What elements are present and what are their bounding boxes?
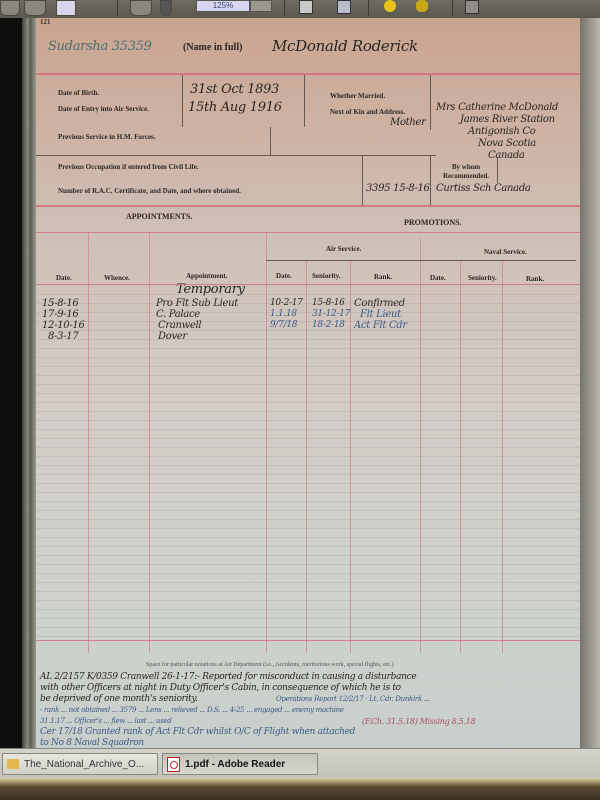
promotion-seniority: 18-2-18: [312, 320, 345, 330]
nav-forward-icon[interactable]: [24, 0, 46, 16]
document-page: 121 Sudarsha 35359 (Name in full) McDona…: [36, 18, 580, 748]
divider: [36, 155, 436, 156]
zoom-out-icon[interactable]: [130, 0, 152, 16]
appointment-date: 15-8-16: [42, 298, 78, 309]
promotions-title: PROMOTIONS.: [404, 218, 462, 227]
promotion-seniority: 15-8-16: [312, 298, 345, 308]
previous-service-label: Previous Service in H.M. Forces.: [58, 133, 156, 141]
rule: [36, 205, 580, 207]
next-of-kin-relation: Mother: [390, 117, 426, 128]
col-header-appointment: Appointment.: [186, 272, 227, 280]
rule: [36, 73, 580, 75]
naval-col-rank: Rank.: [526, 275, 544, 283]
nok-address-line: Mrs Catherine McDonald: [436, 102, 558, 113]
monitor-bezel: [0, 778, 600, 800]
naval-col-date: Date.: [430, 274, 446, 282]
comment-icon[interactable]: [384, 0, 396, 12]
taskbar: The_National_Archive_O... 1.pdf - Adobe …: [0, 748, 600, 779]
promotion-rank: Flt Lieut: [360, 309, 401, 320]
print-icon[interactable]: [337, 0, 351, 14]
notation-line: to No 8 Naval Squadron: [40, 738, 144, 748]
married-label: Whether Married.: [330, 92, 385, 100]
zoom-level-field[interactable]: 125%: [196, 0, 250, 12]
rule: [36, 232, 580, 233]
col-header-date: Date.: [56, 274, 72, 282]
rule: [36, 640, 580, 641]
naval-col-seniority: Seniority.: [468, 274, 497, 282]
rac-certificate-label: Number of R.A.C. Certificate, and Date, …: [58, 187, 241, 195]
zoom-in-icon[interactable]: [160, 0, 172, 16]
appointment-value: C. Palace: [156, 309, 200, 320]
promotion-date: 10-2-17: [270, 298, 303, 308]
entry-date-value: 15th Aug 1916: [188, 100, 282, 115]
divider: [266, 260, 576, 261]
taskbar-item-label: 1.pdf - Adobe Reader: [185, 759, 285, 770]
reader-toolbar: 125%: [0, 0, 600, 20]
next-of-kin-label: Next of Kin and Address.: [330, 108, 405, 116]
taskbar-item-adobe-reader[interactable]: 1.pdf - Adobe Reader: [162, 753, 318, 775]
taskbar-item-explorer[interactable]: The_National_Archive_O...: [2, 753, 158, 775]
notation-line: Cer 17/18 Granted rank of Act Flt Cdr wh…: [40, 727, 355, 737]
folder-icon: [7, 759, 19, 769]
nok-address-line: James River Station: [460, 114, 555, 125]
ruled-area: [36, 286, 580, 638]
appointment-date: 8-3-17: [48, 331, 78, 342]
zoom-dropdown[interactable]: [250, 0, 272, 12]
toolbar-separator: [117, 0, 118, 16]
dob-label: Date of Birth.: [58, 89, 99, 97]
notation-line: 31.1.17 ... Officer's ... flew ... last …: [40, 717, 171, 725]
divider: [430, 155, 431, 205]
promotion-rank: Confirmed: [354, 298, 405, 309]
notation-suffix: Operations Report 12/2/17 · Lt. Cdr. Dun…: [276, 695, 430, 703]
notation-line: - rank ... not obtained ... 3579 ... Len…: [40, 706, 344, 714]
promotion-date: 1.1.18: [270, 309, 297, 319]
nok-address-line: Antigonish Co: [468, 126, 535, 137]
appointment-value: Pro Flt Sub Lieut: [156, 298, 238, 309]
toolbar-separator: [368, 0, 369, 16]
rac-certificate-where: Curtiss Sch Canada: [436, 183, 531, 194]
appointment-date: 12-10-16: [42, 320, 85, 331]
air-col-rank: Rank.: [374, 273, 392, 281]
promotion-date: 9/7/18: [270, 320, 297, 330]
page-edge-shadow: [22, 18, 36, 748]
corner-mark: 121: [40, 18, 51, 26]
divider: [497, 158, 498, 183]
divider: [430, 75, 431, 130]
notations-label: Space for particular notations at Air De…: [146, 662, 394, 668]
rule: [36, 284, 580, 285]
appointment-date: 17-9-16: [42, 309, 78, 320]
promotion-seniority: 31-12-17: [312, 309, 350, 319]
appointment-value: Cranwell: [158, 320, 201, 331]
divider: [270, 127, 271, 155]
notation-line: with other Officers at night in Duty Off…: [40, 683, 401, 693]
taskbar-item-label: The_National_Archive_O...: [24, 759, 144, 770]
toolbar-separator: [284, 0, 285, 16]
nok-address-line: Canada: [488, 150, 525, 161]
air-col-date: Date.: [276, 272, 292, 280]
document-scrollbar[interactable]: [578, 18, 600, 748]
dob-value: 31st Oct 1893: [190, 82, 279, 97]
page-number-field[interactable]: [56, 0, 76, 16]
name-value: McDonald Roderick: [272, 37, 418, 55]
appointment-value: Dover: [158, 331, 187, 342]
name-label: (Name in full): [183, 42, 242, 53]
service-number: Sudarsha 35359: [48, 39, 152, 54]
entry-date-label: Date of Entry into Air Service.: [58, 105, 149, 113]
appointments-title: APPOINTMENTS.: [126, 212, 192, 221]
divider: [304, 75, 305, 127]
air-col-seniority: Seniority.: [312, 272, 341, 280]
promotion-rank: Act Flt Cdr: [354, 320, 407, 331]
notation-line: be deprived of one month's seniority.: [40, 694, 198, 704]
notation-missing: (F.Ch. 31.5.18) Missing 8.5.18: [362, 717, 475, 726]
notation-line: AL 2/2157 K/0359 Cranwell 26-1-17:- Repo…: [40, 672, 416, 682]
save-icon[interactable]: [299, 0, 313, 14]
toolbar-separator: [452, 0, 453, 16]
divider: [182, 75, 183, 127]
rac-certificate-number: 3395 15-8-16: [366, 183, 430, 194]
col-header-whence: Whence.: [104, 274, 130, 282]
nav-back-icon[interactable]: [0, 0, 20, 16]
naval-service-label: Naval Service.: [484, 248, 527, 256]
share-icon[interactable]: [465, 0, 479, 14]
previous-occupation-label: Previous Occupation if entered from Civi…: [58, 163, 199, 171]
nok-address-line: Nova Scotia: [478, 138, 536, 149]
sign-icon[interactable]: [416, 0, 428, 12]
air-service-label: Air Service.: [326, 245, 361, 253]
divider: [362, 155, 363, 205]
by-whom-label: By whom Recommended.: [436, 163, 496, 181]
pdf-icon: [167, 757, 180, 772]
